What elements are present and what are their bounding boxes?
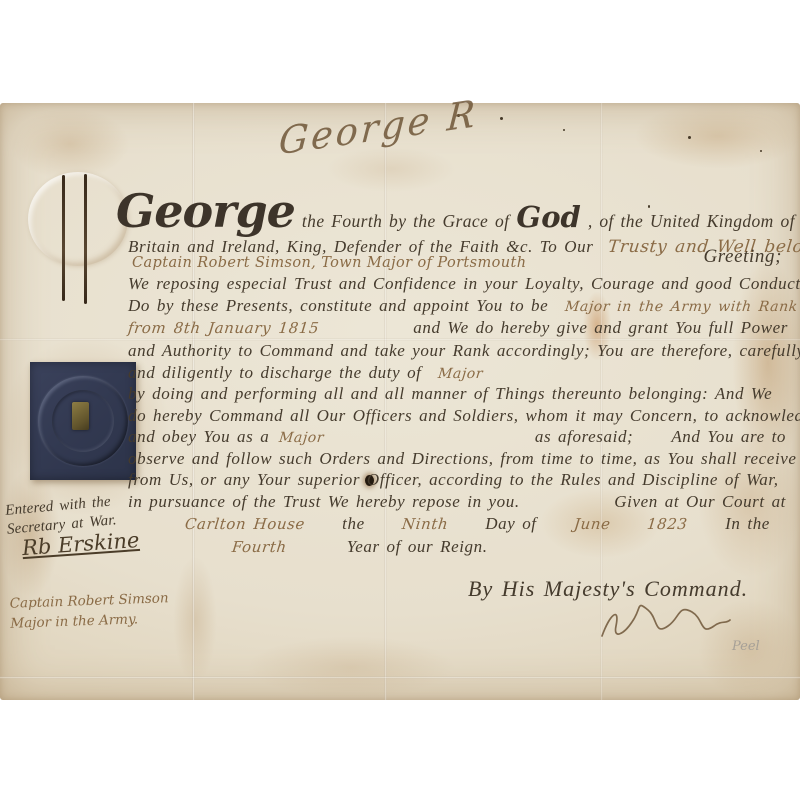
- hand-insert: June: [573, 515, 612, 533]
- body-line: Britain and Ireland, King, Defender of t…: [128, 237, 800, 257]
- ornate-god: God: [516, 200, 580, 234]
- heading-text: the Fourth by the Grace of: [302, 211, 510, 232]
- docket-text: Major in the Army.: [10, 611, 138, 631]
- body-text: Year of our Reign.: [347, 537, 488, 557]
- body-line: from Us, or any Your superior Officer, a…: [128, 470, 779, 490]
- body-text: as aforesaid;: [535, 427, 633, 447]
- body-text: Given at Our Court at: [614, 492, 786, 512]
- countersignature-scrawl: [596, 596, 736, 648]
- body-line: and Authority to Command and take your R…: [128, 341, 800, 361]
- hand-insert: Carlton House: [184, 515, 306, 533]
- hand-insert: Major in the Army with Rank commencing: [564, 299, 800, 315]
- hand-insert: from 8th January 1815: [127, 319, 320, 337]
- heading-line: George the Fourth by the Grace of God , …: [116, 184, 800, 238]
- body-text: And You are to: [671, 427, 786, 447]
- addressee-line: Captain Robert Simson, Town Major of Por…: [132, 255, 526, 271]
- date-line: Carlton House the Ninth Day of June 1823…: [185, 514, 770, 534]
- hand-insert: Major: [278, 430, 325, 446]
- body-line: by doing and performing all and all mann…: [128, 384, 772, 404]
- docket-note: Captain Robert Simson Major in the Army.: [9, 588, 169, 634]
- body-text: and obey You as a: [128, 427, 269, 447]
- ink-speck: [500, 117, 503, 120]
- body-line: from 8th January 1815 and We do hereby g…: [128, 318, 788, 338]
- hand-insert: Fourth: [231, 538, 288, 556]
- heading-text: , of the United Kingdom of Great-: [588, 211, 800, 232]
- stamp-slit: [84, 174, 87, 304]
- body-line: We reposing especial Trust and Confidenc…: [128, 274, 800, 294]
- ink-speck: [563, 129, 565, 131]
- ink-speck: [760, 150, 762, 152]
- body-text: and We do hereby give and grant You full…: [413, 318, 788, 338]
- blue-paper-seal: [30, 362, 136, 480]
- seal-wafer: [72, 402, 89, 430]
- pencil-annotation: Peel: [732, 639, 760, 654]
- body-text: Day of: [485, 514, 536, 534]
- body-line: do hereby Command all Our Officers and S…: [128, 406, 800, 426]
- body-line: in pursuance of the Trust We hereby repo…: [128, 492, 786, 512]
- reign-line: Fourth Year of our Reign.: [232, 537, 488, 557]
- photo-stage: George R George the Fourth by the Grace …: [0, 0, 800, 800]
- body-line: observe and follow such Orders and Direc…: [128, 449, 797, 469]
- greeting-word: Greeting;: [703, 246, 782, 268]
- body-line: and obey You as a Major as aforesaid; An…: [128, 427, 786, 447]
- hand-insert: Major: [438, 366, 485, 382]
- body-text: the: [342, 514, 365, 534]
- hand-insert: 1823: [647, 515, 689, 533]
- ink-speck: [688, 136, 691, 139]
- body-text: and diligently to discharge the duty of: [128, 363, 422, 382]
- body-text: In the: [725, 514, 770, 534]
- body-text: Do by these Presents, constitute and app…: [128, 296, 548, 315]
- body-line: Do by these Presents, constitute and app…: [128, 296, 800, 316]
- body-line: and diligently to discharge the duty of …: [128, 363, 484, 383]
- docket-text: Captain Robert Simson: [9, 590, 168, 612]
- body-text: Britain and Ireland, King, Defender of t…: [128, 237, 593, 256]
- hand-insert: Ninth: [401, 515, 449, 533]
- embossed-stamp-icon: [28, 172, 128, 266]
- ornate-george: George: [116, 184, 295, 238]
- fold-crease: [0, 676, 800, 679]
- stamp-slit: [62, 175, 65, 301]
- body-text: in pursuance of the Trust We hereby repo…: [128, 492, 520, 512]
